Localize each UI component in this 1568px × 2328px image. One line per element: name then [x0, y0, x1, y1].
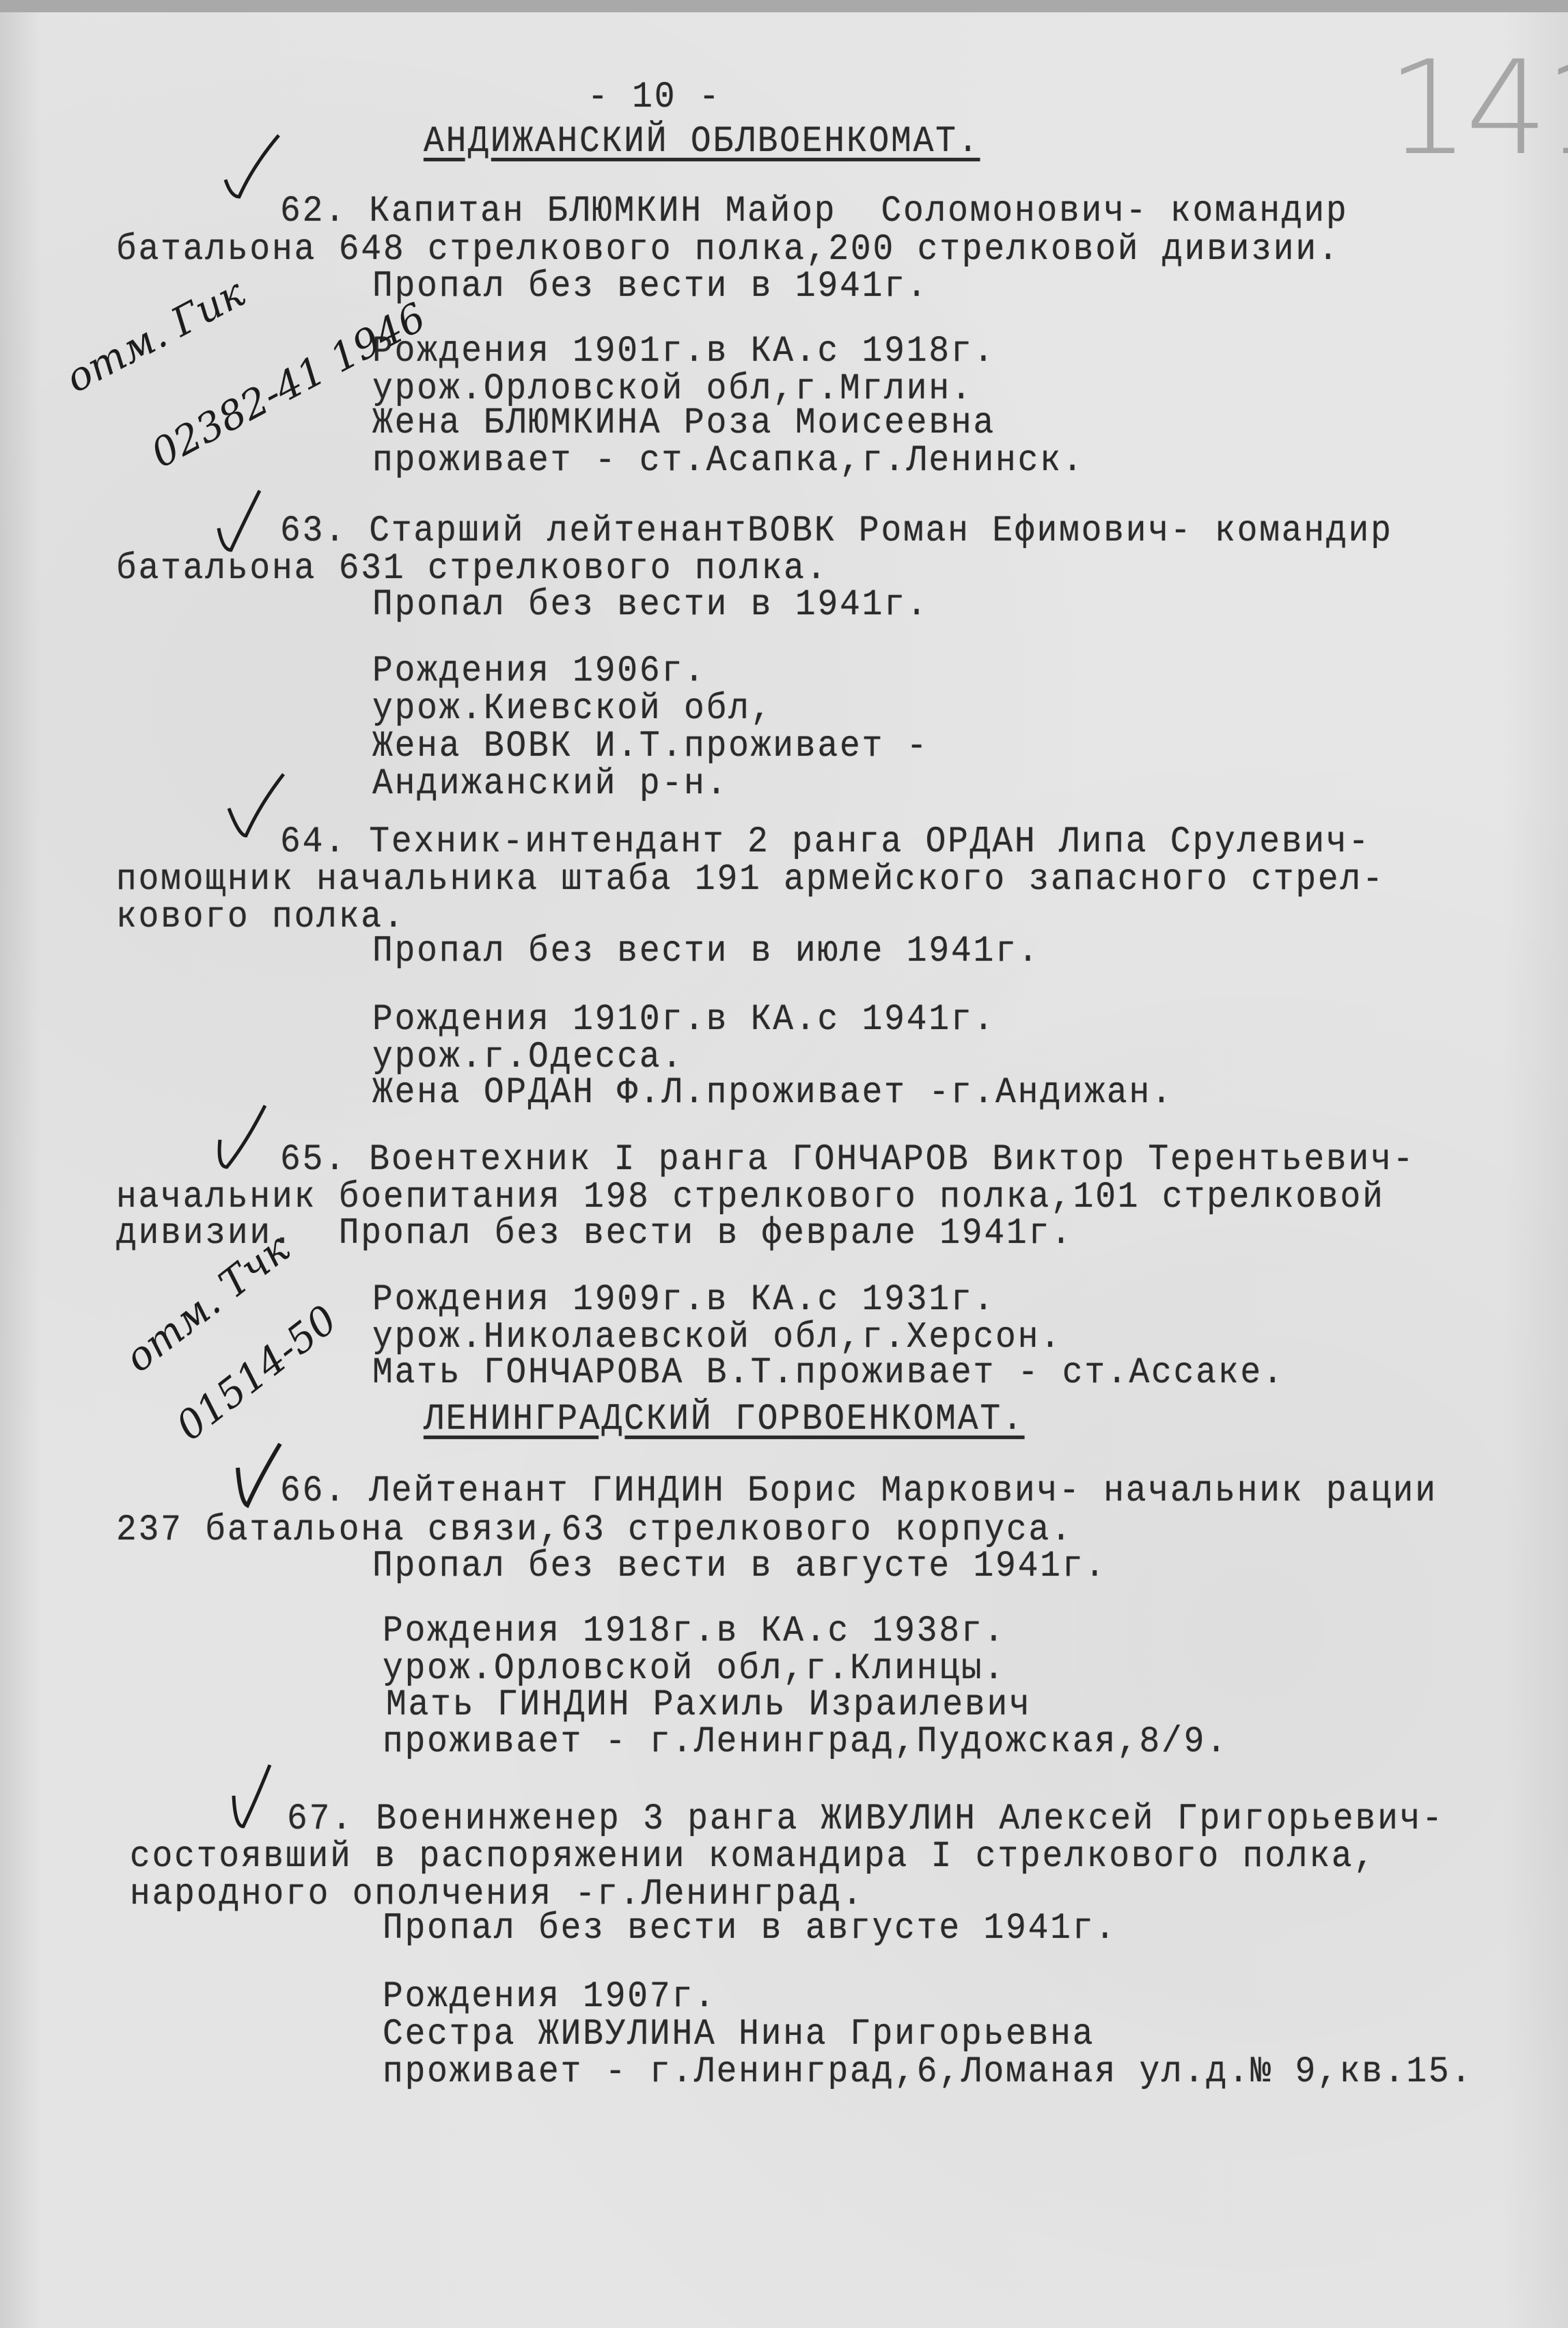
checkmark-icon [212, 1102, 273, 1170]
entry-66-line-5: урож.Орловской обл,г.Клинцы. [383, 1649, 1006, 1690]
entry-62-line-6: Жена БЛЮМКИНА Роза Моисеевна [372, 403, 995, 444]
entry-67-line-6: Сестра ЖИВУЛИНА Нина Григорьевна [383, 2014, 1095, 2055]
entry-67-line-5: Рождения 1907г. [383, 1977, 717, 2018]
entry-63-line-7: Андижанский р-н. [372, 764, 728, 805]
entry-66-line-1: 66. Лейтенант ГИНДИН Борис Маркович- нач… [280, 1471, 1438, 1512]
entry-64-line-7: Жена ОРДАН Ф.Л.проживает -г.Андижан. [372, 1073, 1174, 1114]
entry-66-line-4: Рождения 1918г.в КА.с 1938г. [383, 1611, 1006, 1652]
entry-62-line-2: батальона 648 стрелкового полка,200 стре… [116, 230, 1340, 271]
entry-67-line-2: состоявший в распоряжении командира I ст… [130, 1837, 1376, 1878]
entry-66-line-2: 237 батальона связи,63 стрелкового корпу… [116, 1510, 1073, 1551]
entry-67-line-4: Пропал без вести в августе 1941г. [383, 1908, 1117, 1949]
entry-63-line-1: 63. Старший лейтенантВОВК Роман Ефимович… [280, 511, 1393, 552]
checkmark-icon [219, 132, 280, 200]
entry-62-line-7: проживает - ст.Асапка,г.Ленинск. [372, 441, 1084, 482]
entry-66-line-3: Пропал без вести в августе 1941г. [372, 1546, 1107, 1587]
handwritten-annotation-62-a: отм. Гик [58, 269, 252, 402]
entry-66-line-6: Мать ГИНДИН Рахиль Израилевич [386, 1685, 1032, 1726]
entry-65-line-1: 65. Воентехник I ранга ГОНЧАРОВ Виктор Т… [280, 1140, 1415, 1181]
entry-65-line-4: Рождения 1909г.в КА.с 1931г. [372, 1280, 995, 1321]
entry-63-line-5: урож.Киевской обл, [372, 689, 773, 730]
entry-63-line-4: Рождения 1906г. [372, 651, 706, 692]
entry-62-line-4: Рождения 1901г.в КА.с 1918г. [372, 331, 995, 372]
entry-64-line-5: Рождения 1910г.в КА.с 1941г. [372, 1000, 995, 1041]
document-page: 141 - 10 - АНДИЖАНСКИЙ ОБЛВОЕНКОМАТ. 62.… [0, 12, 1568, 2328]
checkmark-icon [225, 771, 287, 839]
entry-64-line-1: 64. Техник-интендант 2 ранга ОРДАН Липа … [280, 822, 1371, 863]
entry-65-line-6: Мать ГОНЧАРОВА В.Т.проживает - ст.Ассаке… [372, 1353, 1284, 1394]
entry-63-line-3: Пропал без вести в 1941г. [372, 585, 929, 626]
entry-65-line-2: начальник боепитания 198 стрелкового пол… [116, 1177, 1385, 1218]
checkmark-icon [225, 1762, 287, 1830]
checkmark-icon [212, 487, 273, 556]
section-heading-andijan: АНДИЖАНСКИЙ ОБЛВОЕНКОМАТ. [424, 122, 980, 163]
section-heading-leningrad: ЛЕНИНГРАДСКИЙ ГОРВОЕНКОМАТ. [424, 1399, 1024, 1440]
entry-62-line-1: 62. Капитан БЛЮМКИН Майор Соломонович- к… [280, 191, 1348, 232]
entry-64-line-4: Пропал без вести в июле 1941г. [372, 931, 1040, 972]
entry-63-line-2: батальона 631 стрелкового полка. [116, 549, 828, 590]
entry-64-line-3: кового полка. [116, 897, 405, 938]
entry-66-line-7: проживает - г.Ленинград,Пудожская,8/9. [383, 1722, 1228, 1763]
typed-page-number: - 10 - [588, 77, 721, 118]
entry-64-line-2: помощник начальника штаба 191 армейского… [116, 860, 1385, 901]
entry-67-line-7: проживает - г.Ленинград,6,Ломаная ул.д.№… [383, 2052, 1473, 2093]
entry-63-line-6: Жена ВОВК И.Т.проживает - [372, 726, 929, 767]
entry-67-line-1: 67. Военинженер 3 ранга ЖИВУЛИН Алексей … [287, 1799, 1444, 1840]
handwritten-archive-page-number: 141 [1387, 33, 1568, 184]
entry-62-line-3: Пропал без вести в 1941г. [372, 266, 929, 307]
